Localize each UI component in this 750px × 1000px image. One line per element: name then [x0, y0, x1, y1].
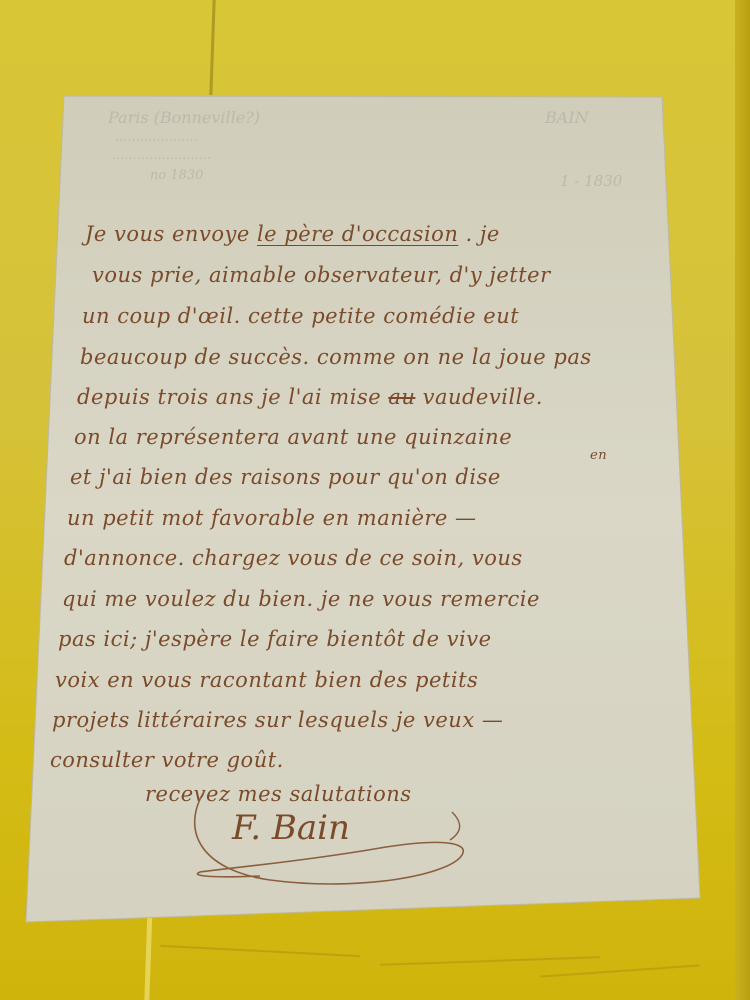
letter-line: pas ici; j'espère le faire bientôt de vi…: [58, 627, 492, 651]
letter-line: projets littéraires sur lesquels je veux…: [52, 708, 503, 732]
pencil-note: no 1830: [150, 168, 203, 183]
interlinear-insertion: en: [590, 448, 607, 463]
pencil-note: ........................: [112, 148, 211, 163]
letter-text: depuis trois ans je l'ai mise: [77, 385, 381, 409]
play-title: le père d'occasion: [257, 222, 458, 246]
signature: F. Bain: [232, 808, 350, 848]
closing-salutation: recevez mes salutations: [145, 782, 412, 806]
backing-edge: [735, 0, 750, 1000]
letter-line: d'annonce. chargez vous de ce soin, vous: [64, 546, 523, 570]
letter-line: un coup d'œil. cette petite comédie eut: [82, 304, 519, 328]
struck-word: au: [388, 385, 415, 409]
letter-line: un petit mot favorable en manière —: [67, 506, 477, 530]
pencil-note: Paris (Bonneville?): [108, 108, 260, 127]
letter-line: on la représentera avant une quinzaine: [74, 425, 512, 449]
pencil-note: 1 - 1830: [560, 172, 622, 190]
letter-text: vaudeville.: [423, 385, 543, 409]
letter-line: et j'ai bien des raisons pour qu'on dise: [70, 465, 501, 489]
letter-line: vous prie, aimable observateur, d'y jett…: [92, 263, 551, 287]
letter-line: consulter votre goût.: [50, 748, 284, 772]
letter-line: depuis trois ans je l'ai mise au vaudevi…: [77, 385, 543, 409]
pencil-note: BAIN: [545, 108, 589, 127]
letter-text: Je vous envoye: [85, 222, 250, 246]
letter-line: Je vous envoye le père d'occasion . je: [85, 222, 500, 246]
letter-line: voix en vous racontant bien des petits: [55, 668, 478, 692]
pencil-note: ....................: [115, 130, 198, 145]
letter-text: . je: [466, 222, 500, 246]
letter-line: beaucoup de succès. comme on ne la joue …: [80, 345, 592, 369]
letter-line: qui me voulez du bien. je ne vous remerc…: [62, 587, 540, 611]
